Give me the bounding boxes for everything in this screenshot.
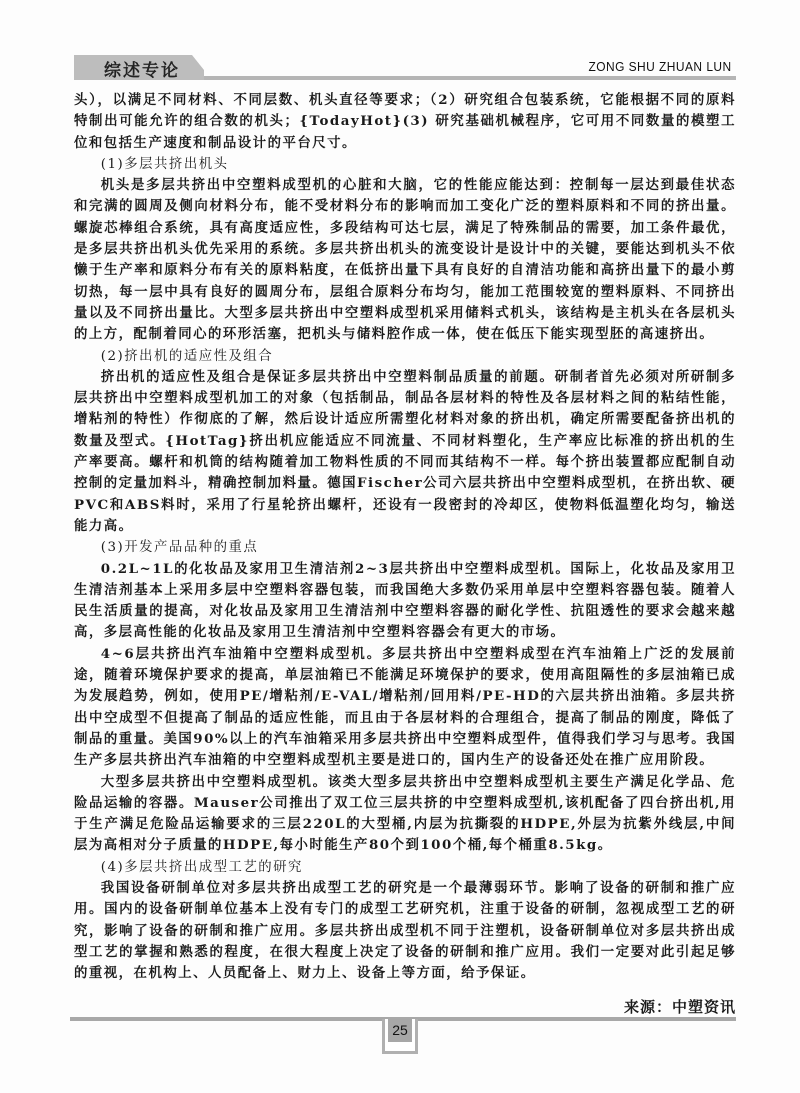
article-body: 头），以满足不同材料、不同层数、机头直径等要求；（2）研究组合包装系统，它能根据…	[74, 90, 736, 984]
source-attribution: 来源：中塑资讯	[624, 996, 736, 1017]
paragraph: 大型多层共挤出中空塑料成型机。该类大型多层共挤出中空塑料成型机主要生产满足化学品…	[74, 772, 736, 857]
page-number-box: 25	[382, 1019, 418, 1054]
paragraph-continuation: 头），以满足不同材料、不同层数、机头直径等要求；（2）研究组合包装系统，它能根据…	[74, 90, 736, 154]
subheading-3: (3)开发产品品种的重点	[74, 537, 736, 558]
running-header: 综述专论 ZONG SHU ZHUAN LUN	[74, 55, 736, 80]
page-number: 25	[388, 1019, 412, 1042]
paragraph: 挤出机的适应性及组合是保证多层共挤出中空塑料制品质量的前题。研制者首先必须对所研…	[74, 367, 736, 537]
subheading-4: (4)多层共挤出成型工艺的研究	[74, 857, 736, 878]
subheading-1: (1)多层共挤出机头	[74, 154, 736, 175]
section-pinyin: ZONG SHU ZHUAN LUN	[589, 59, 732, 74]
subheading-2: (2)挤出机的适应性及组合	[74, 346, 736, 367]
paragraph: 4~6层共挤出汽车油箱中空塑料成型机。多层共挤出中空塑料成型在汽车油箱上广泛的发…	[74, 644, 736, 772]
paragraph: 0.2L~1L的化妆品及家用卫生清洁剂2~3层共挤出中空塑料成型机。国际上，化妆…	[74, 559, 736, 644]
section-title: 综述专论	[104, 56, 180, 81]
paragraph: 机头是多层共挤出中空塑料成型机的心脏和大脑，它的性能应能达到：控制每一层达到最佳…	[74, 175, 736, 345]
paragraph: 我国设备研制单位对多层共挤出成型工艺的研究是一个最薄弱环节。影响了设备的研制和推…	[74, 878, 736, 984]
